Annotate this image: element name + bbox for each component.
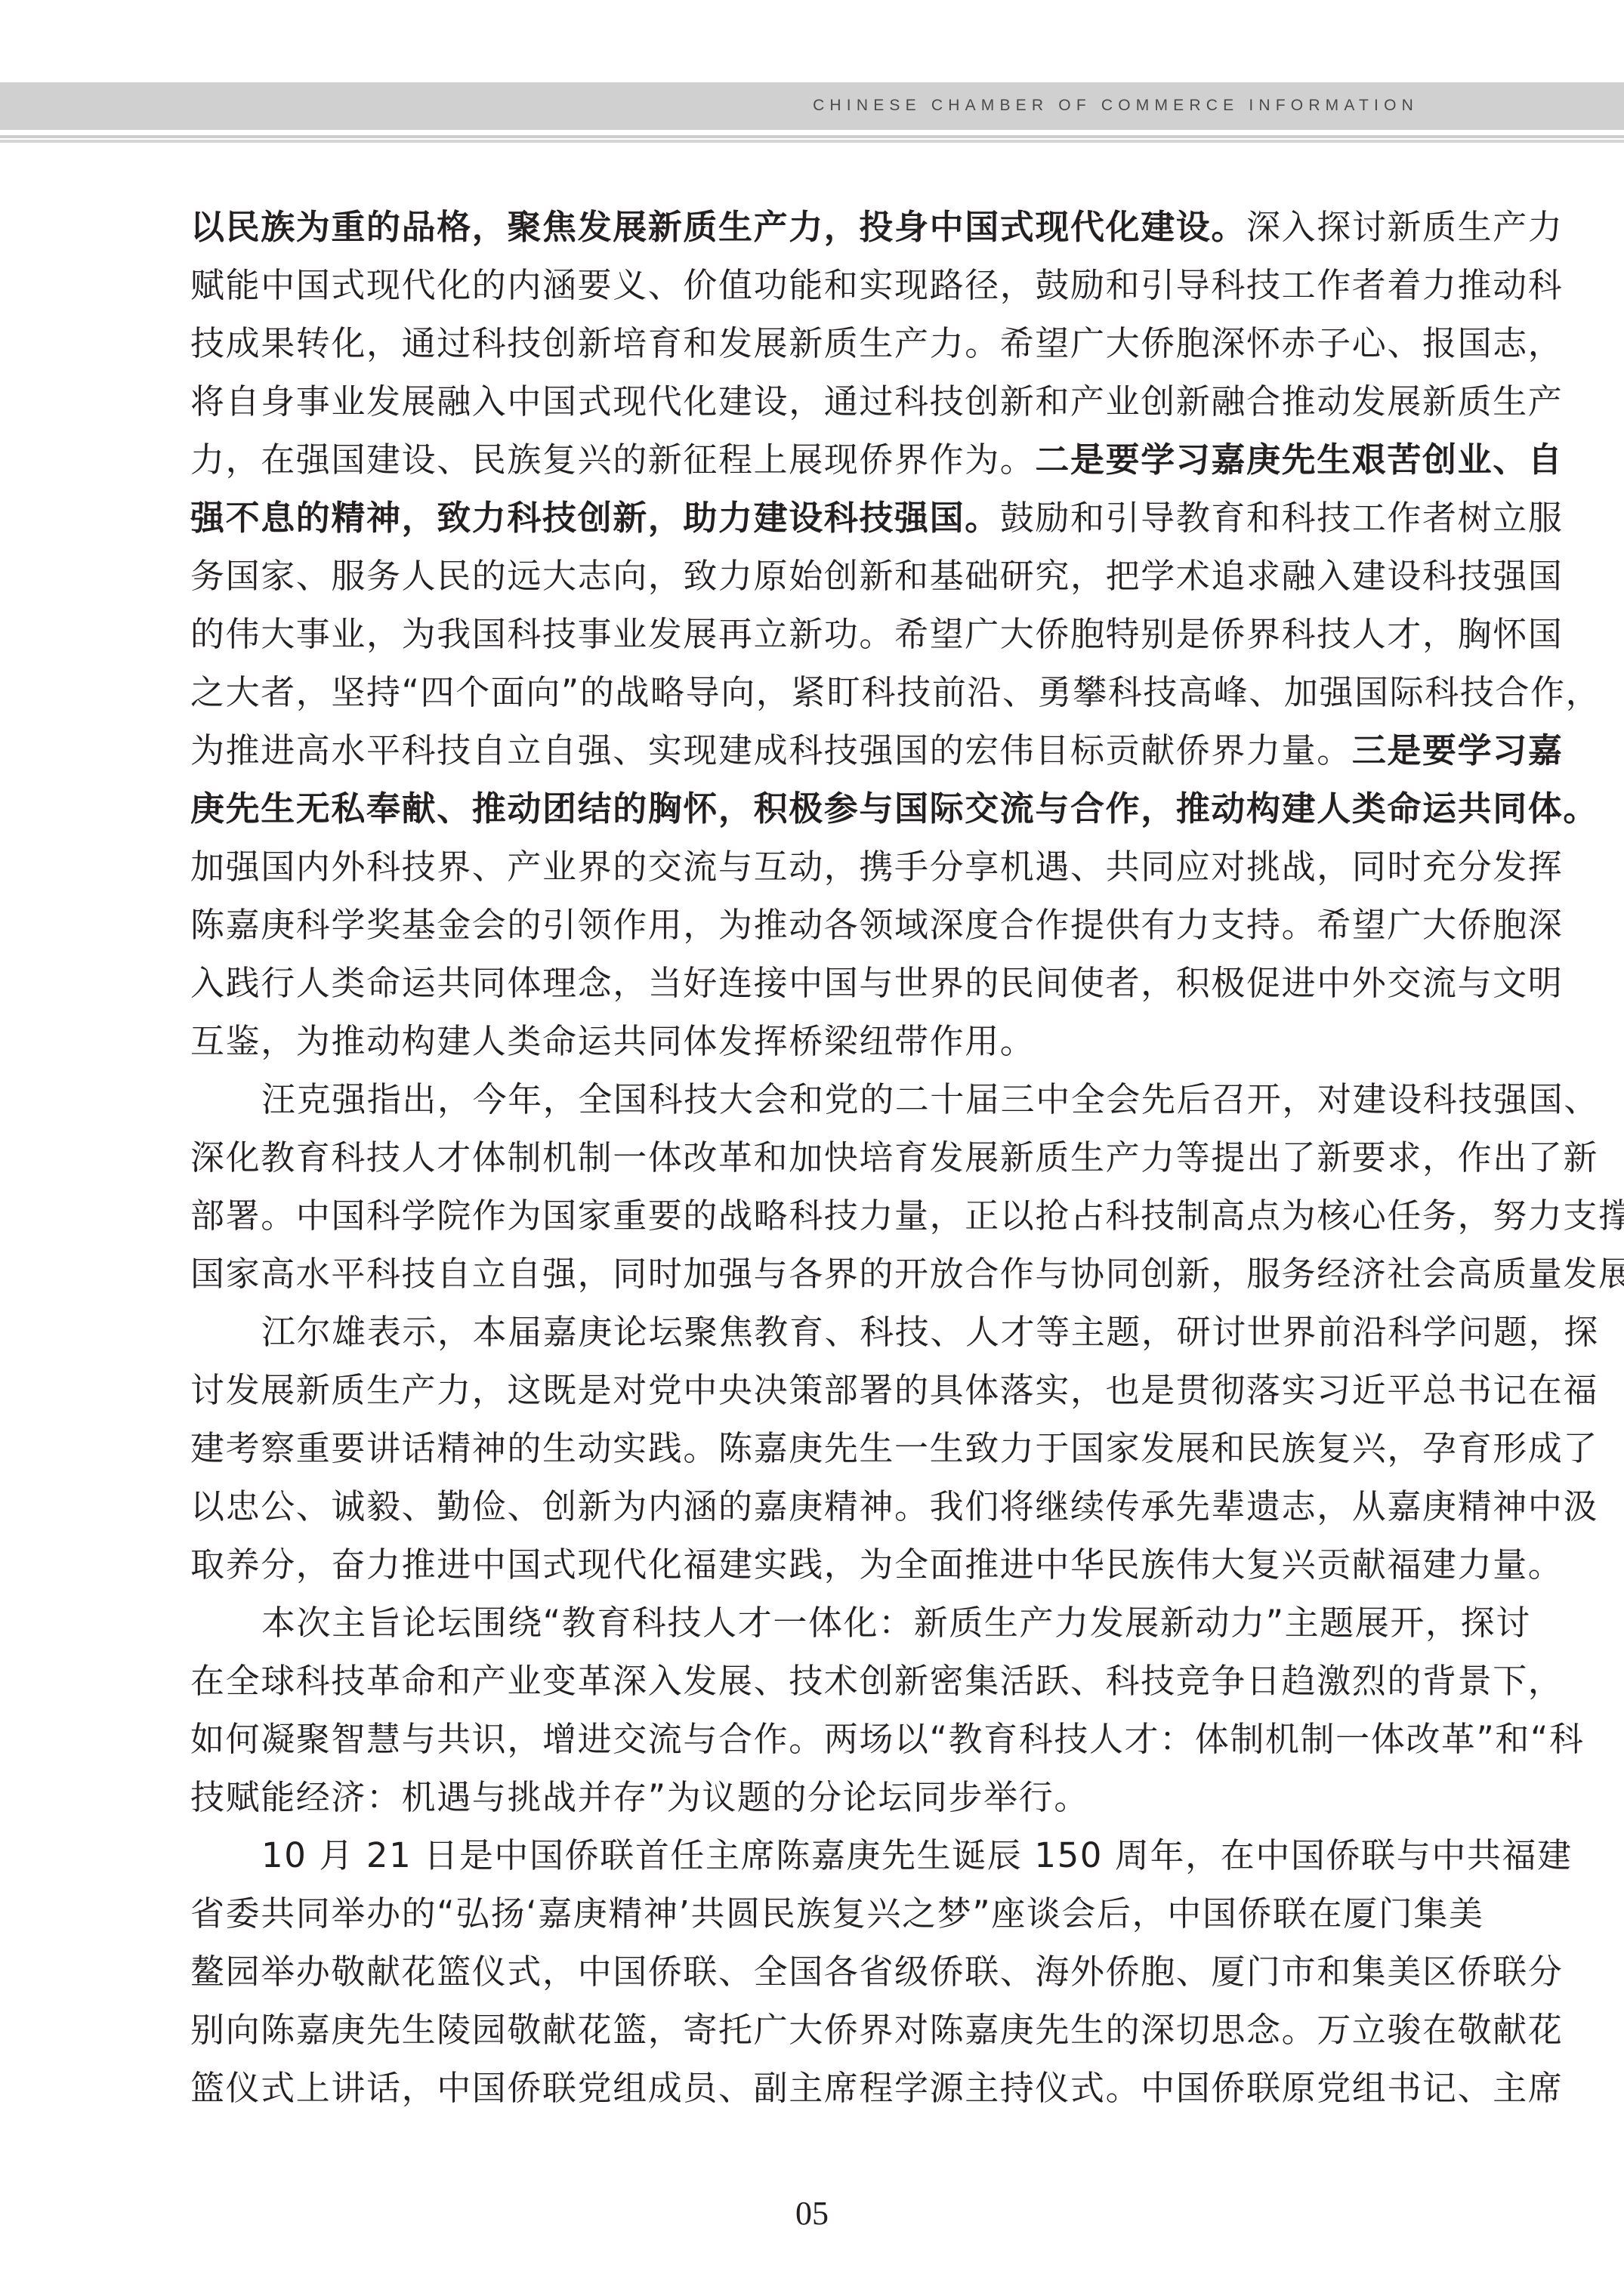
text-line: 篮仪式上讲话，中国侨联党组成员、副主席程学源主持仪式。中国侨联原党组书记、主席 — [190, 2064, 1438, 2122]
text-segment: 技赋能经济：机遇与挑战并存”为议题的分论坛同步举行。 — [190, 1777, 1089, 1817]
text-segment: 以忠公、诚毅、勤俭、创新为内涵的嘉庚精神。我们将继续传承先辈遗志，从嘉庚精神中汲 — [190, 1486, 1598, 1526]
bold-text-segment: 二是要学习嘉庚先生艰苦创业、自 — [1035, 440, 1563, 480]
text-segment: 本次主旨论坛围绕“教育科技人才一体化：新质生产力发展新动力”主题展开，探讨 — [261, 1603, 1531, 1643]
text-line: 的伟大事业，为我国科技事业发展再立新功。希望广大侨胞特别是侨界科技人才，胸怀国 — [190, 610, 1438, 668]
header-rule-secondary — [0, 140, 1624, 143]
article-body: 以民族为重的品格，聚焦发展新质生产力，投身中国式现代化建设。深入探讨新质生产力赋… — [190, 203, 1438, 2122]
text-segment: 的伟大事业，为我国科技事业发展再立新功。希望广大侨胞特别是侨界科技人才，胸怀国 — [190, 614, 1563, 654]
text-segment: 江尔雄表示，本届嘉庚论坛聚焦教育、科技、人才等主题，研讨世界前沿科学问题，探 — [261, 1312, 1599, 1352]
text-line: 技成果转化，通过科技创新培育和发展新质生产力。希望广大侨胞深怀赤子心、报国志， — [190, 319, 1438, 378]
publication-title: CHINESE CHAMBER OF COMMERCE INFORMATION — [813, 97, 1419, 115]
text-segment: 加强国内外科技界、产业界的交流与互动，携手分享机遇、共同应对挑战，同时充分发挥 — [190, 847, 1563, 887]
text-line: 之大者，坚持“四个面向”的战略导向，紧盯科技前沿、勇攀科技高峰、加强国际科技合作… — [190, 668, 1438, 727]
text-segment: 力，在强国建设、民族复兴的新征程上展现侨界作为。 — [190, 440, 1035, 480]
text-line: 陈嘉庚科学奖基金会的引领作用，为推动各领域深度合作提供有力支持。希望广大侨胞深 — [190, 901, 1438, 959]
text-line: 别向陈嘉庚先生陵园敬献花篮，寄托广大侨界对陈嘉庚先生的深切思念。万立骏在敬献花 — [190, 2006, 1438, 2064]
text-line: 为推进高水平科技自立自强、实现建成科技强国的宏伟目标贡献侨界力量。三是要学习嘉 — [190, 727, 1438, 785]
text-segment: 为推进高水平科技自立自强、实现建成科技强国的宏伟目标贡献侨界力量。 — [190, 730, 1352, 770]
text-segment: 10 月 21 日是中国侨联首任主席陈嘉庚先生诞辰 150 周年，在中国侨联与中… — [261, 1835, 1573, 1875]
text-segment: 讨发展新质生产力，这既是对党中央决策部署的具体落实，也是贯彻落实习近平总书记在福 — [190, 1370, 1598, 1410]
text-segment: 篮仪式上讲话，中国侨联党组成员、副主席程学源主持仪式。中国侨联原党组书记、主席 — [190, 2068, 1563, 2108]
text-segment: 入践行人类命运共同体理念，当好连接中国与世界的民间使者，积极促进中外交流与文明 — [190, 963, 1563, 1003]
text-line: 建考察重要讲话精神的生动实践。陈嘉庚先生一生致力于国家发展和民族复兴，孕育形成了 — [190, 1424, 1438, 1483]
text-segment: 技成果转化，通过科技创新培育和发展新质生产力。希望广大侨胞深怀赤子心、报国志， — [190, 323, 1563, 363]
text-line: 庚先生无私奉献、推动团结的胸怀，积极参与国际交流与合作，推动构建人类命运共同体。 — [190, 785, 1438, 843]
text-line: 讨发展新质生产力，这既是对党中央决策部署的具体落实，也是贯彻落实习近平总书记在福 — [190, 1366, 1438, 1424]
text-line: 本次主旨论坛围绕“教育科技人才一体化：新质生产力发展新动力”主题展开，探讨 — [190, 1599, 1438, 1657]
text-line: 部署。中国科学院作为国家重要的战略科技力量，正以抢占科技制高点为核心任务，努力支… — [190, 1192, 1438, 1250]
text-line: 取养分，奋力推进中国式现代化福建实践，为全面推进中华民族伟大复兴贡献福建力量。 — [190, 1541, 1438, 1599]
text-segment: 鼓励和引导教育和科技工作者树立服 — [1000, 498, 1564, 538]
text-line: 入践行人类命运共同体理念，当好连接中国与世界的民间使者，积极促进中外交流与文明 — [190, 959, 1438, 1017]
bold-text-segment: 以民族为重的品格，聚焦发展新质生产力，投身中国式现代化建设。 — [190, 207, 1246, 247]
text-segment: 赋能中国式现代化的内涵要义、价值功能和实现路径，鼓励和引导科技工作者着力推动科 — [190, 265, 1563, 305]
text-line: 江尔雄表示，本届嘉庚论坛聚焦教育、科技、人才等主题，研讨世界前沿科学问题，探 — [190, 1308, 1438, 1366]
text-line: 汪克强指出，今年，全国科技大会和党的二十届三中全会先后召开，对建设科技强国、 — [190, 1076, 1438, 1134]
text-line: 如何凝聚智慧与共识，增进交流与合作。两场以“教育科技人才：体制机制一体改革”和“… — [190, 1715, 1438, 1773]
text-segment: 在全球科技革命和产业变革深入发展、技术创新密集活跃、科技竞争日趋激烈的背景下， — [190, 1661, 1563, 1701]
text-line: 互鉴，为推动构建人类命运共同体发挥桥梁纽带作用。 — [190, 1017, 1438, 1076]
text-segment: 深入探讨新质生产力 — [1246, 207, 1563, 247]
text-segment: 部署。中国科学院作为国家重要的战略科技力量，正以抢占科技制高点为核心任务，努力支… — [190, 1196, 1624, 1236]
text-line: 力，在强国建设、民族复兴的新征程上展现侨界作为。二是要学习嘉庚先生艰苦创业、自 — [190, 436, 1438, 494]
text-line: 深化教育科技人才体制机制一体改革和加快培育发展新质生产力等提出了新要求，作出了新 — [190, 1134, 1438, 1192]
text-segment: 互鉴，为推动构建人类命运共同体发挥桥梁纽带作用。 — [190, 1021, 1035, 1061]
bold-text-segment: 庚先生无私奉献、推动团结的胸怀，积极参与国际交流与合作，推动构建人类命运共同体。 — [190, 789, 1598, 829]
text-segment: 如何凝聚智慧与共识，增进交流与合作。两场以“教育科技人才：体制机制一体改革”和“… — [190, 1719, 1585, 1759]
text-line: 省委共同举办的“弘扬‘嘉庚精神’共圆民族复兴之梦”座谈会后，中国侨联在厦门集美 — [190, 1890, 1438, 1948]
bold-text-segment: 三是要学习嘉 — [1352, 730, 1564, 770]
text-line: 务国家、服务人民的远大志向，致力原始创新和基础研究，把学术追求融入建设科技强国 — [190, 552, 1438, 610]
text-segment: 汪克强指出，今年，全国科技大会和党的二十届三中全会先后召开，对建设科技强国、 — [261, 1079, 1599, 1119]
text-line: 在全球科技革命和产业变革深入发展、技术创新密集活跃、科技竞争日趋激烈的背景下， — [190, 1657, 1438, 1715]
text-line: 将自身事业发展融入中国式现代化建设，通过科技创新和产业创新融合推动发展新质生产 — [190, 378, 1438, 436]
text-line: 加强国内外科技界、产业界的交流与互动，携手分享机遇、共同应对挑战，同时充分发挥 — [190, 843, 1438, 901]
text-segment: 将自身事业发展融入中国式现代化建设，通过科技创新和产业创新融合推动发展新质生产 — [190, 381, 1563, 421]
text-segment: 深化教育科技人才体制机制一体改革和加快培育发展新质生产力等提出了新要求，作出了新 — [190, 1137, 1598, 1177]
text-segment: 建考察重要讲话精神的生动实践。陈嘉庚先生一生致力于国家发展和民族复兴，孕育形成了 — [190, 1428, 1598, 1468]
text-segment: 省委共同举办的“弘扬‘嘉庚精神’共圆民族复兴之梦”座谈会后，中国侨联在厦门集美 — [190, 1893, 1484, 1933]
text-segment: 务国家、服务人民的远大志向，致力原始创新和基础研究，把学术追求融入建设科技强国 — [190, 556, 1563, 596]
text-segment: 别向陈嘉庚先生陵园敬献花篮，寄托广大侨界对陈嘉庚先生的深切思念。万立骏在敬献花 — [190, 2010, 1563, 2050]
text-line: 国家高水平科技自立自强，同时加强与各界的开放合作与协同创新，服务经济社会高质量发… — [190, 1250, 1438, 1308]
text-segment: 鳌园举办敬献花篮仪式，中国侨联、全国各省级侨联、海外侨胞、厦门市和集美区侨联分 — [190, 1952, 1563, 1992]
page-number: 05 — [0, 2194, 1624, 2233]
text-line: 以忠公、诚毅、勤俭、创新为内涵的嘉庚精神。我们将继续传承先辈遗志，从嘉庚精神中汲 — [190, 1483, 1438, 1541]
text-segment: 取养分，奋力推进中国式现代化福建实践，为全面推进中华民族伟大复兴贡献福建力量。 — [190, 1545, 1563, 1585]
text-line: 强不息的精神，致力科技创新，助力建设科技强国。鼓励和引导教育和科技工作者树立服 — [190, 494, 1438, 552]
text-segment: 陈嘉庚科学奖基金会的引领作用，为推动各领域深度合作提供有力支持。希望广大侨胞深 — [190, 905, 1563, 945]
text-line: 赋能中国式现代化的内涵要义、价值功能和实现路径，鼓励和引导科技工作者着力推动科 — [190, 261, 1438, 319]
bold-text-segment: 强不息的精神，致力科技创新，助力建设科技强国。 — [190, 498, 1000, 538]
text-line: 以民族为重的品格，聚焦发展新质生产力，投身中国式现代化建设。深入探讨新质生产力 — [190, 203, 1438, 261]
text-line: 技赋能经济：机遇与挑战并存”为议题的分论坛同步举行。 — [190, 1773, 1438, 1832]
text-segment: 之大者，坚持“四个面向”的战略导向，紧盯科技前沿、勇攀科技高峰、加强国际科技合作… — [190, 672, 1601, 712]
text-line: 10 月 21 日是中国侨联首任主席陈嘉庚先生诞辰 150 周年，在中国侨联与中… — [190, 1832, 1438, 1890]
header-rule — [0, 135, 1624, 138]
text-segment: 国家高水平科技自立自强，同时加强与各界的开放合作与协同创新，服务经济社会高质量发… — [190, 1254, 1624, 1294]
text-line: 鳌园举办敬献花篮仪式，中国侨联、全国各省级侨联、海外侨胞、厦门市和集美区侨联分 — [190, 1948, 1438, 2006]
